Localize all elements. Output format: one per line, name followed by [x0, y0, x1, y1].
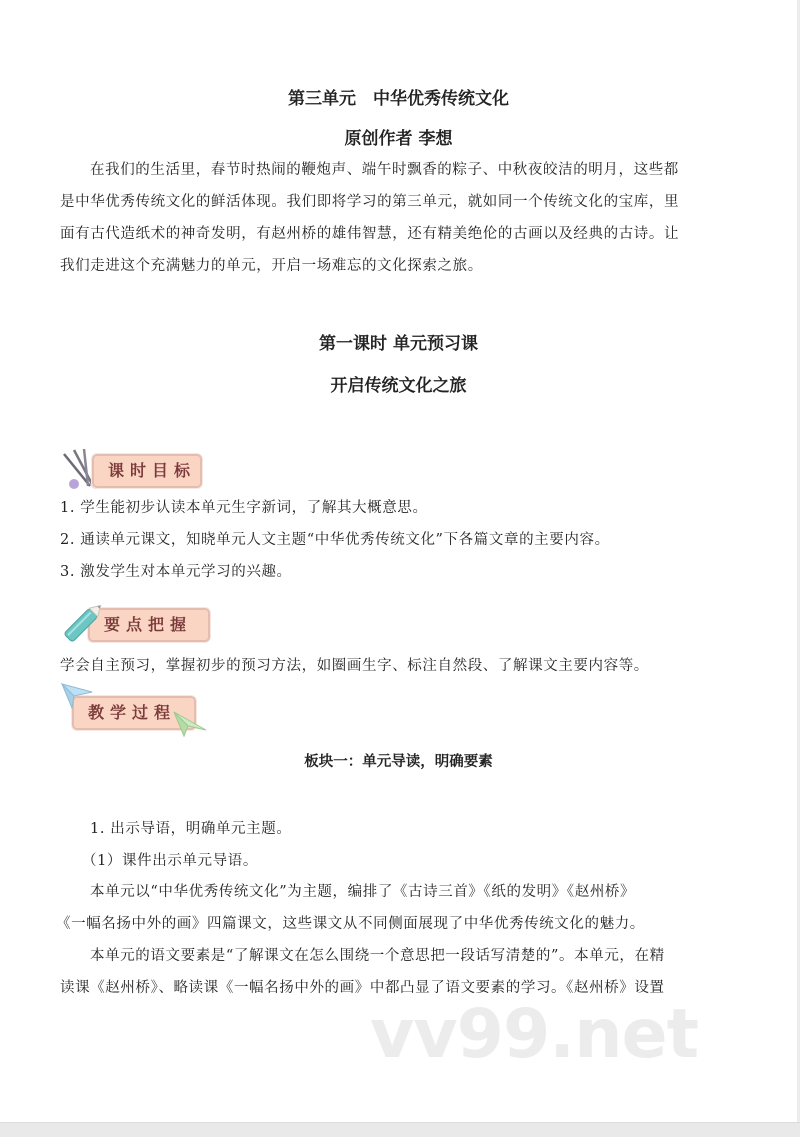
process-paragraph-line: 本单元的语文要素是“了解课文在怎么围绕一个意思把一段话写清楚的”。本单元，在精	[90, 944, 665, 965]
intro-line: 是中华优秀传统文化的鲜活体现。我们即将学习的第三单元，就如同一个传统文化的宝库，…	[60, 190, 679, 211]
objective-item: 3. 激发学生对本单元学习的兴趣。	[60, 560, 292, 581]
intro-line: 在我们的生活里，春节时热闹的鞭炮声、端午时飘香的粽子、中秋夜皎洁的明月，这些都	[90, 158, 679, 179]
watermark: vv99.net	[370, 995, 698, 1074]
objectives-header: 课时目标	[60, 448, 205, 492]
intro-line: 我们走进这个充满魅力的单元，开启一场难忘的文化探索之旅。	[60, 254, 483, 275]
pencil-icon	[60, 596, 110, 646]
paper-plane-icon	[172, 708, 208, 738]
unit-title: 第三单元 中华优秀传统文化	[0, 84, 797, 109]
document-page: 第三单元 中华优秀传统文化 原创作者 李想 在我们的生活里，春节时热闹的鞭炮声、…	[0, 0, 798, 1122]
process-substep: （1）课件出示单元导语。	[82, 849, 258, 870]
key-points-text: 学会自主预习，掌握初步的预习方法，如圈画生字、标注自然段、了解课文主要内容等。	[60, 654, 649, 675]
lesson-title: 第一课时 单元预习课	[0, 329, 797, 354]
process-paragraph-line: 读课《赵州桥》、略读课《一幅名扬中外的画》中都凸显了语文要素的学习。《赵州桥》设…	[60, 976, 665, 997]
objectives-badge: 课时目标	[92, 454, 202, 488]
block-title: 板块一：单元导读，明确要素	[0, 750, 797, 771]
process-paragraph-line: 本单元以“中华优秀传统文化”为主题，编排了《古诗三首》《纸的发明》《赵州桥》	[90, 880, 635, 901]
lesson-subtitle: 开启传统文化之旅	[0, 371, 797, 396]
intro-line: 面有古代造纸术的神奇发明，有赵州桥的雄伟智慧，还有精美绝伦的古画以及经典的古诗。…	[60, 222, 679, 243]
process-step: 1. 出示导语，明确单元主题。	[90, 817, 291, 838]
objective-item: 1. 学生能初步认读本单元生字新词，了解其大概意思。	[60, 496, 428, 517]
page-bottom-edge	[0, 1122, 800, 1137]
paper-plane-icon	[60, 682, 94, 710]
author-line: 原创作者 李想	[0, 124, 797, 149]
key-points-header: 要点把握	[60, 596, 205, 646]
objective-item: 2. 通读单元课文，知晓单元人文主题“中华优秀传统文化”下各篇文章的主要内容。	[60, 528, 610, 549]
process-header: 教学过程	[60, 682, 210, 738]
process-paragraph-line: 《一幅名扬中外的画》四篇课文，这些课文从不同侧面展现了中华优秀传统文化的魅力。	[56, 912, 645, 933]
